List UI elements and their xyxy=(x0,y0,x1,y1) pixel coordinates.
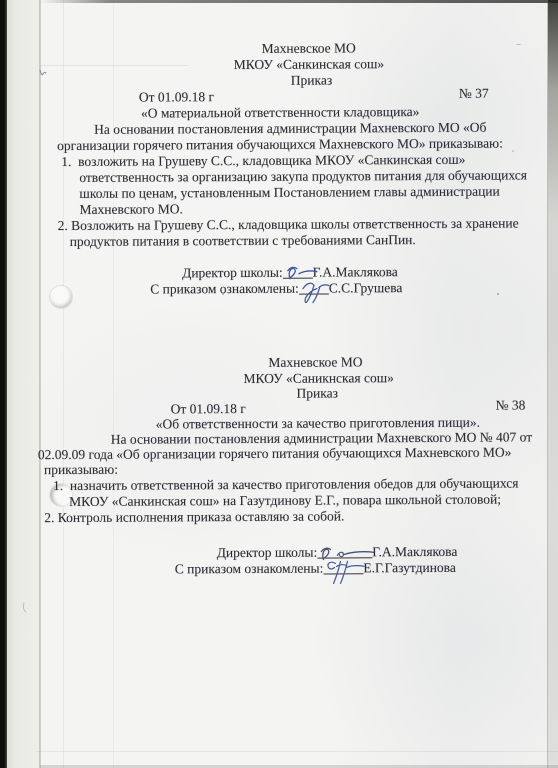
doc2-number: № 38 xyxy=(496,397,526,413)
doc2-school-name: МКОУ «Саникнская сош» xyxy=(243,370,393,387)
doc2-ack-name: Е.Г.Газутдинова xyxy=(363,560,456,576)
doc2-item2-line1: 2. Контроль исполнения приказа оставляю … xyxy=(44,508,344,526)
doc1-item2-line2: продуктов питания в соответствии с требо… xyxy=(70,232,416,250)
doc1-subject: «О материальной ответственности кладовщи… xyxy=(141,104,420,122)
doc2-ack-signature-icon xyxy=(323,558,367,586)
doc1-ack-signature-icon xyxy=(301,278,333,306)
doc2-ack-signature-line xyxy=(323,560,363,574)
doc1-number: № 37 xyxy=(459,86,489,102)
doc1-school-name: МКОУ «Санкинская сош» xyxy=(234,56,384,73)
doc1-ack-label: С приказом ознакомлены: xyxy=(150,281,299,297)
doc2-doc-type: Приказ xyxy=(296,385,337,401)
doc1-date: От 01.09.18 г xyxy=(139,89,214,105)
doc1-item1-line4: Махневского МО. xyxy=(79,201,182,218)
doc2-item1-line2: МКОУ «Санкинская сош» на Газутдинову Е.Г… xyxy=(69,492,501,510)
document-content: Махневское МО МКОУ «Санкинская сош» Прик… xyxy=(0,0,558,768)
doc2-org-name: Махневское МО xyxy=(268,354,362,371)
doc1-item1-line3: школы по ценам, установленным Постановле… xyxy=(79,184,499,202)
doc1-ack-name: С.С.Грушева xyxy=(329,280,403,295)
doc2-ack-label: С приказом ознакомлены: xyxy=(175,561,324,577)
doc2-preamble-line2: 02.09.09 года «Об организации горячего п… xyxy=(38,444,512,463)
doc2-date: От 01.09.18 г xyxy=(171,401,246,417)
doc2-preamble-line3: приказываю: xyxy=(44,462,118,478)
doc1-doc-type: Приказ xyxy=(291,72,332,88)
scanned-page: Махневское МО МКОУ «Санкинская сош» Прик… xyxy=(0,0,558,768)
doc1-ack-signature-line xyxy=(299,280,329,294)
doc1-ack-row: С приказом ознакомлены:С.С.Грушева xyxy=(130,264,403,314)
doc1-org-name: Махневское МО xyxy=(262,40,356,57)
doc2-ack-row: С приказом ознакомлены:Е.Г.Газутдинова xyxy=(154,544,456,594)
doc1-item2-line1: 2. Возложить на Грушеву С.С., кладовщика… xyxy=(58,215,519,234)
